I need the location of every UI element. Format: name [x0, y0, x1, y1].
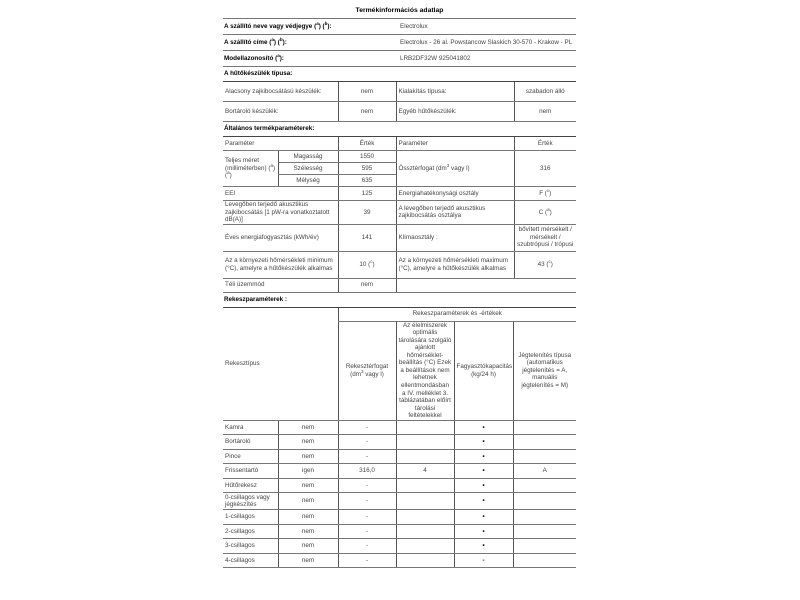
compartment-temperature	[396, 510, 454, 525]
wine-storage-value: nem	[338, 102, 396, 122]
compartment-freezing-capacity: ▪	[454, 539, 513, 554]
compartment-volume: -	[338, 493, 396, 510]
compartment-defrost-type	[513, 539, 576, 554]
table-row: Hűtőrekesznem-▪	[223, 478, 576, 493]
compartment-type: Frissentartó	[223, 464, 278, 479]
height-value: 1550	[338, 151, 396, 163]
compartment-temperature	[396, 449, 454, 464]
supplier-block: A szállító neve vagy védjegye (a) (b): E…	[223, 19, 576, 67]
compartment-freezing-capacity: -	[454, 553, 513, 568]
compartment-temperature: 4	[396, 464, 454, 479]
compartment-rows: Kamranem-▪Bortárolónem-▪Pincenem-▪Frisse…	[223, 420, 576, 568]
compartment-volume: -	[338, 449, 396, 464]
compartment-freezing-capacity: ▪	[454, 510, 513, 525]
col-header-value: Érték	[338, 137, 396, 151]
annual-energy-value: 141	[338, 224, 396, 251]
table-row: Teljes méret (milliméterben) (a) (a) Mag…	[223, 151, 576, 163]
min-temp-label: Az a környezeti hőmérsékleti minimum (°C…	[223, 251, 338, 278]
compartment-present: igen	[278, 464, 338, 479]
depth-label: Mélység	[278, 175, 338, 187]
general-params-table: Paraméter Érték Paraméter Érték Teljes m…	[223, 137, 576, 293]
compartment-defrost-type	[513, 553, 576, 568]
max-temp-label: Az a környezeti hőmérsékleti maximum (°C…	[396, 251, 514, 278]
table-row: Bortároló készülék: nem Egyéb hűtőkészül…	[223, 102, 576, 122]
compartment-type: Kamra	[223, 420, 278, 435]
dimensions-label: Teljes méret (milliméterben) (a) (a)	[223, 151, 278, 187]
total-volume-label: Össztérfogat (dm3 vagy l)	[396, 151, 514, 187]
width-label: Szélesség	[278, 163, 338, 175]
other-appliance-value: nem	[514, 102, 576, 122]
supplier-name-label: A szállító neve vagy védjegye	[224, 23, 312, 30]
compartment-type: 4-csillagos	[223, 553, 278, 568]
compartment-freezing-capacity: ▪	[454, 420, 513, 435]
noise-class-label: A levegőben terjedő akusztikus zajkibocs…	[396, 201, 514, 225]
compartment-volume: -	[338, 553, 396, 568]
compartment-defrost-type	[513, 524, 576, 539]
compartment-present: nem	[278, 449, 338, 464]
table-row: Az a környezeti hőmérsékleti minimum (°C…	[223, 251, 576, 278]
product-information-sheet: Termékinformációs adatlap A szállító nev…	[223, 0, 576, 568]
compartment-type: 2-csillagos	[223, 524, 278, 539]
col-header-value-2: Érték	[514, 137, 576, 151]
compartment-type: 3-csillagos	[223, 539, 278, 554]
compartment-defrost-type	[513, 435, 576, 450]
appliance-type-heading: A hűtőkészülék típusa:	[223, 67, 576, 82]
noise-class-value: C (a)	[514, 201, 576, 225]
compartment-present: nem	[278, 539, 338, 554]
supplier-name-value: Electrolux	[398, 23, 428, 31]
compartment-volume: -	[338, 524, 396, 539]
document-title: Termékinformációs adatlap	[223, 0, 576, 18]
compartment-present: nem	[278, 524, 338, 539]
table-row: 1-csillagosnem-▪	[223, 510, 576, 525]
compartment-present: nem	[278, 510, 338, 525]
compartment-temperature	[396, 493, 454, 510]
compartment-freezing-capacity: ▪	[454, 449, 513, 464]
group-header: Rekeszparaméterek és -értékek	[338, 308, 576, 322]
supplier-address-label: A szállító címe	[224, 39, 268, 46]
compartment-defrost-type	[513, 420, 576, 435]
compartment-present: nem	[278, 553, 338, 568]
climate-class-label: Klímaosztály :	[396, 224, 514, 251]
min-temp-value: 10 (c)	[338, 251, 396, 278]
compartment-present: nem	[278, 493, 338, 510]
compartment-freezing-capacity: ▪	[454, 493, 513, 510]
compartment-params-table: Rekesztípus Rekeszparaméterek és -értéke…	[223, 308, 576, 569]
max-temp-value: 43 (c)	[514, 251, 576, 278]
table-row: Téli üzemmód nem	[223, 278, 576, 292]
compartment-freezing-capacity: ▪	[454, 524, 513, 539]
table-header-row: Rekesztípus Rekeszparaméterek és -értéke…	[223, 308, 576, 322]
col-header-param-2: Paraméter	[396, 137, 514, 151]
compartment-type: Pince	[223, 449, 278, 464]
noise-label: Levegőben terjedő akusztikus zajkibocsát…	[223, 201, 338, 225]
col-header-freezing-capacity: Fagyasztókapacitás (kg/24 h)	[454, 321, 513, 420]
empty-cell	[396, 278, 576, 292]
compartment-defrost-type: A	[513, 464, 576, 479]
compartment-volume: -	[338, 510, 396, 525]
low-noise-value: nem	[338, 82, 396, 102]
compartment-temperature	[396, 478, 454, 493]
compartment-defrost-type	[513, 449, 576, 464]
compartment-type: 1-csillagos	[223, 510, 278, 525]
annual-energy-label: Éves energiafogyasztás (kWh/év)	[223, 224, 338, 251]
col-header-compartment-type: Rekesztípus	[223, 308, 338, 421]
compartment-type: Bortároló	[223, 435, 278, 450]
table-row: Bortárolónem-▪	[223, 435, 576, 450]
compartment-volume: -	[338, 420, 396, 435]
compartment-temperature	[396, 435, 454, 450]
total-volume-value: 316	[514, 151, 576, 187]
low-noise-label: Alacsony zajkibocsátású készülék:	[223, 82, 338, 102]
compartment-present: nem	[278, 478, 338, 493]
table-row: Pincenem-▪	[223, 449, 576, 464]
compartment-freezing-capacity: ▪	[454, 478, 513, 493]
table-row: Kamranem-▪	[223, 420, 576, 435]
table-row: Alacsony zajkibocsátású készülék: nem Ki…	[223, 82, 576, 102]
compartment-temperature	[396, 539, 454, 554]
climate-class-value: bővített mérsékelt / mérsékelt / szubtró…	[514, 224, 576, 251]
compartment-defrost-type	[513, 493, 576, 510]
compartment-temperature	[396, 524, 454, 539]
compartment-freezing-capacity: ▪	[454, 464, 513, 479]
design-type-value: szabadon álló	[514, 82, 576, 102]
compartment-type: 0-csillagos vagy jégkészítés	[223, 493, 278, 510]
compartment-params-heading: Rekeszparaméterek :	[223, 293, 576, 308]
wine-storage-label: Bortároló készülék:	[223, 102, 338, 122]
col-header-volume: Rekesztérfogat (dm3 vagy l)	[338, 321, 396, 420]
eei-value: 125	[338, 187, 396, 201]
appliance-type-table: Alacsony zajkibocsátású készülék: nem Ki…	[223, 82, 576, 122]
height-label: Magasság	[278, 151, 338, 163]
table-row: 0-csillagos vagy jégkészítésnem-▪	[223, 493, 576, 510]
table-row: EEI 125 Energiahatékonysági osztály F (c…	[223, 187, 576, 201]
supplier-address-value: Electrolux - 26 al. Powstancow Slaskich …	[398, 39, 572, 47]
table-row: Levegőben terjedő akusztikus zajkibocsát…	[223, 201, 576, 225]
supplier-name-row: A szállító neve vagy védjegye (a) (b): E…	[223, 19, 576, 35]
other-appliance-label: Egyéb hűtőkészülék:	[396, 102, 514, 122]
eei-label: EEI	[223, 187, 338, 201]
table-row: Frissentartóigen316,04▪A	[223, 464, 576, 479]
compartment-type: Hűtőrekesz	[223, 478, 278, 493]
compartment-volume: -	[338, 478, 396, 493]
compartment-present: nem	[278, 435, 338, 450]
table-row: 4-csillagosnem--	[223, 553, 576, 568]
width-value: 595	[338, 163, 396, 175]
table-header-row: Paraméter Érték Paraméter Érték	[223, 137, 576, 151]
energy-class-label: Energiahatékonysági osztály	[396, 187, 514, 201]
table-row: Éves energiafogyasztás (kWh/év) 141 Klím…	[223, 224, 576, 251]
col-header-temperature: Az élelmiszerek optimális tárolására szo…	[396, 321, 454, 420]
compartment-volume: 316,0	[338, 464, 396, 479]
col-header-defrost-type: Jégtelenítés típusa (automatikus jégtele…	[513, 321, 576, 420]
depth-value: 635	[338, 175, 396, 187]
compartment-defrost-type	[513, 510, 576, 525]
compartment-volume: -	[338, 539, 396, 554]
winter-mode-label: Téli üzemmód	[223, 278, 338, 292]
col-header-param: Paraméter	[223, 137, 338, 151]
design-type-label: Kialakítás típusa:	[396, 82, 514, 102]
supplier-address-row: A szállító címe (a) (b): Electrolux - 26…	[223, 35, 576, 51]
table-row: 2-csillagosnem-▪	[223, 524, 576, 539]
table-row: 3-csillagosnem-▪	[223, 539, 576, 554]
compartment-temperature	[396, 420, 454, 435]
compartment-defrost-type	[513, 478, 576, 493]
energy-class-value: F (c)	[514, 187, 576, 201]
compartment-present: nem	[278, 420, 338, 435]
compartment-freezing-capacity: ▪	[454, 435, 513, 450]
noise-value: 39	[338, 201, 396, 225]
model-id-label: Modellazonosító	[224, 55, 273, 62]
compartment-volume: -	[338, 435, 396, 450]
general-params-heading: Általános termékparaméterek:	[223, 122, 576, 137]
winter-mode-value: nem	[338, 278, 396, 292]
model-id-value: LRB2DF32W 925041802	[398, 55, 470, 63]
compartment-temperature	[396, 553, 454, 568]
model-id-row: Modellazonosító (a): LRB2DF32W 925041802	[223, 51, 576, 67]
